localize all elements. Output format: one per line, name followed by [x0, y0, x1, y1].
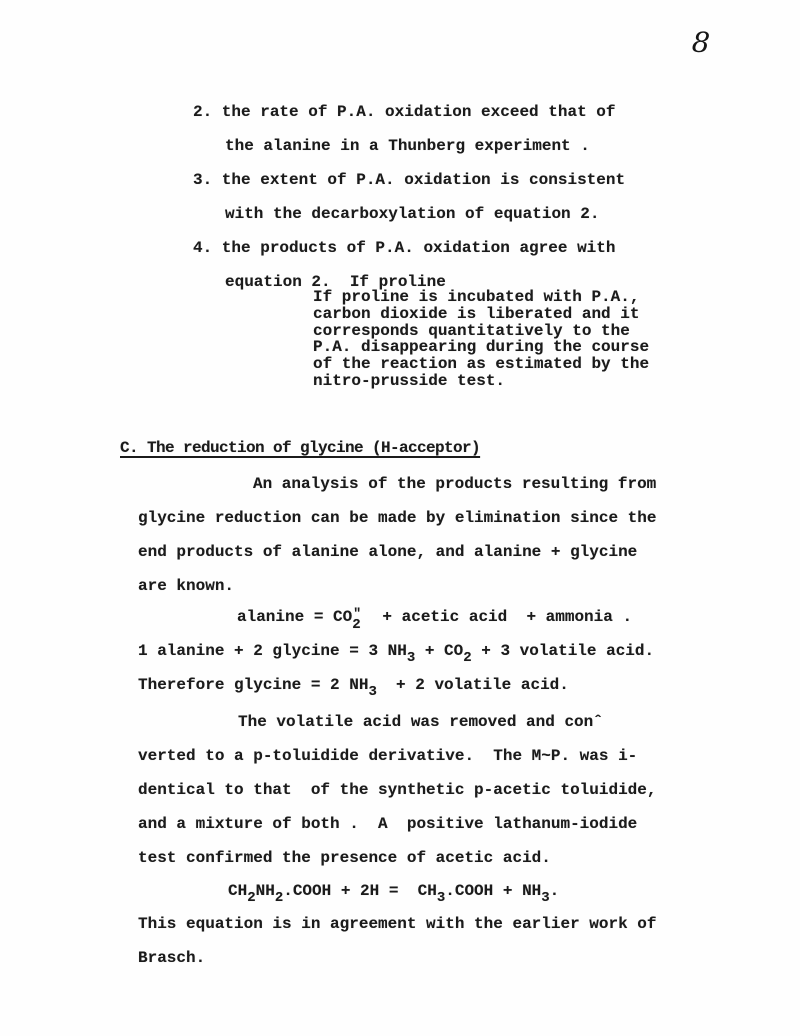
equation-text: .COOH + 2H = CH: [283, 882, 437, 900]
inset-note-proline: If proline is incubated with P.A., carbo…: [313, 289, 649, 390]
equation-block: alanine = CO"2 + acetic acid + ammonia .…: [138, 600, 654, 702]
subscript-overstrike: "2: [352, 603, 363, 621]
equation-text: alanine = CO: [237, 608, 352, 626]
subscript: 3: [541, 890, 549, 906]
subscript: 3: [437, 890, 445, 906]
equation-text: NH: [256, 882, 275, 900]
equation-glycine-net: Therefore glycine = 2 NH3 + 2 volatile a…: [138, 668, 654, 702]
equation-text: Therefore glycine = 2 NH: [138, 676, 368, 694]
paragraph-conclusion: This equation is in agreement with the e…: [138, 907, 656, 975]
equation-text: .COOH + NH: [445, 882, 541, 900]
paragraph-volatile-acid: The volatile acid was removed and conˆ v…: [138, 705, 656, 875]
equation-text: CH2NH2.COOH + 2H = CH3.COOH + NH3.: [228, 882, 559, 900]
equation-text: + CO: [415, 642, 463, 660]
equation-text: .: [550, 882, 560, 900]
numbered-list: 2. the rate of P.A. oxidation exceed tha…: [193, 95, 625, 299]
equation-glycine-balance: 1 alanine + 2 glycine = 3 NH3 + CO2 + 3 …: [138, 634, 654, 668]
paragraph-analysis: An analysis of the products resulting fr…: [138, 467, 656, 603]
equation-text: + acetic acid + ammonia .: [363, 608, 632, 626]
equation-chemical: CH2NH2.COOH + 2H = CH3.COOH + NH3.: [228, 874, 559, 908]
equation-alanine: alanine = CO"2 + acetic acid + ammonia .: [138, 600, 654, 634]
subscript: 2: [463, 650, 471, 666]
subscript: 3: [368, 684, 376, 700]
subscript: 3: [407, 650, 415, 666]
subscript: 2: [275, 890, 283, 906]
section-heading: C. The reduction of glycine (H-acceptor): [120, 436, 480, 460]
equation-text: CH: [228, 882, 247, 900]
scanned-manuscript-page: 8 2. the rate of P.A. oxidation exceed t…: [0, 0, 800, 1036]
list-item-2: 2. the rate of P.A. oxidation exceed tha…: [193, 95, 625, 163]
equation-text: + 3 volatile acid.: [472, 642, 654, 660]
equation-text: 1 alanine + 2 glycine = 3 NH: [138, 642, 407, 660]
equation-text: + 2 volatile acid.: [377, 676, 569, 694]
subscript: 2: [247, 890, 255, 906]
page-number: 8: [691, 25, 711, 59]
list-item-3: 3. the extent of P.A. oxidation is consi…: [193, 163, 625, 231]
subscript-digit: 2: [352, 618, 360, 632]
